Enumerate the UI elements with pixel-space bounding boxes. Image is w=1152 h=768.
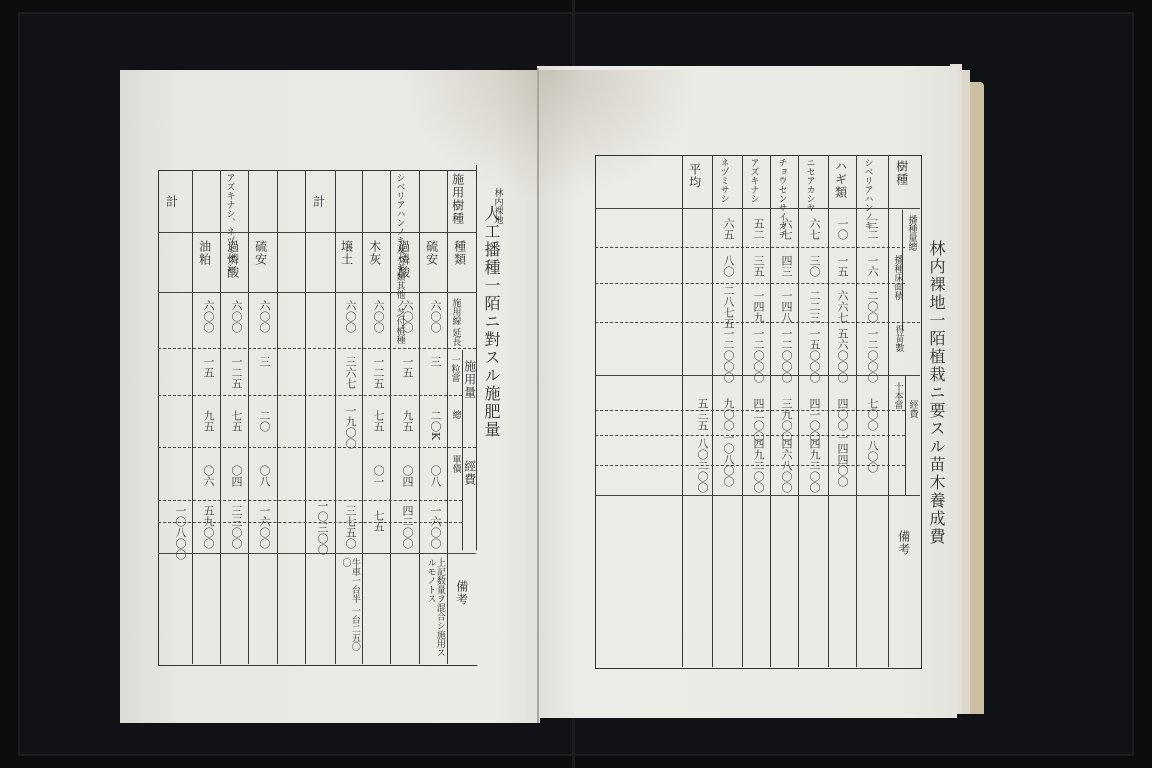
fertilizer-name: 壌土 (340, 240, 353, 266)
cell: 三 (427, 356, 443, 367)
remarks-header: 備考 (455, 580, 468, 606)
cell: 四三 (778, 255, 794, 277)
total-header: 總 (450, 410, 459, 419)
cell: 一五 (834, 255, 850, 277)
total-label: 計 (312, 195, 325, 208)
cell: 一二〇〇〇 (720, 328, 736, 383)
fertilizer-name: 過燐酸 (397, 240, 410, 279)
cell: 六〇〇 (256, 300, 272, 333)
species-name: ネヅミサシ (718, 158, 727, 203)
cell: 〇八 (256, 465, 272, 487)
cell: 九五 (200, 410, 216, 432)
left-page-title-prefix: 林内裸地 (492, 188, 501, 224)
cell: 四二〇〇 (750, 398, 766, 442)
total-label: 計 (165, 195, 178, 208)
cell: 六〇〇 (200, 300, 216, 333)
cell: 四〇〇 (834, 398, 850, 431)
kind-header: 種類 (453, 240, 466, 266)
remark: 牛車一台半 一台二五〇〇 (340, 558, 359, 658)
cost-header: 經費 (463, 460, 476, 486)
species-name: ハギ類 (834, 160, 847, 199)
seed-total-header: 播種量總 (906, 215, 915, 251)
cell: 八〇二〇〇 (694, 438, 710, 493)
cell: 一〇八〇〇 (720, 432, 736, 487)
cell: 一二〇〇〇 (750, 328, 766, 383)
book-gutter (537, 68, 539, 723)
cell: 六〇〇 (370, 300, 386, 333)
cell: 六七 (806, 218, 822, 240)
cell: 三二 (864, 218, 880, 240)
cell: 一〇 (834, 218, 850, 240)
species-header: 施用樹種 (451, 173, 464, 225)
cell: 七五 (370, 410, 386, 432)
cell: 五三五 (694, 398, 710, 431)
amount-header: 施用量 (463, 360, 476, 399)
fertilizer-name: 油粕 (198, 240, 211, 266)
per-header: 一粒當 (449, 355, 458, 382)
cell: 八〇〇 (864, 440, 880, 473)
per10-header: 十本當 (892, 382, 901, 409)
species-name: アズキナシ (748, 158, 757, 203)
cell: 一四四〇〇 (834, 432, 850, 487)
cell: 〇四 (399, 465, 415, 487)
cell: 一五 (200, 356, 216, 378)
unit-price-header: 單價 (450, 455, 459, 473)
yield-header: 得苗數 (893, 325, 902, 352)
cell: 二二三 (806, 290, 822, 323)
right-page-title: 林内裸地一陌植栽ニ要スル苗木養成費 (925, 240, 948, 546)
cell: 七五 (370, 510, 386, 532)
fertilizer-name: 木灰 (368, 240, 381, 266)
cell: 五六〇〇〇 (834, 328, 850, 383)
remarks-header: 備考 (897, 530, 910, 556)
area-header: 播種床面積 (892, 255, 901, 300)
fertilizer-name: 硫安 (254, 240, 267, 266)
cell: 八〇 (720, 255, 736, 277)
cell: 〇四 (228, 465, 244, 487)
page-stack-edge (968, 82, 984, 714)
cell: 三六七 (342, 356, 358, 389)
cell: 五二 (750, 218, 766, 240)
cell: 〇八 (427, 465, 443, 487)
left-page-title: 人工播種一陌ニ對スル施肥量 (480, 205, 503, 439)
cell: 三三〇〇 (228, 505, 244, 549)
cell: 二〇 (256, 410, 272, 432)
species-header: 樹種 (895, 160, 908, 186)
cell: 四九二〇〇 (750, 438, 766, 493)
cell: 六六七 (834, 290, 850, 323)
cell: 二八七五 (720, 285, 736, 329)
cell: 六七 (778, 218, 794, 240)
cell: 九五 (399, 410, 415, 432)
cell: 四二〇〇 (399, 505, 415, 549)
cell: 一六 (864, 255, 880, 277)
cell: 九〇〇 (720, 398, 736, 431)
cell: 一二五 (228, 356, 244, 389)
cell: 一五 (399, 356, 415, 378)
cell: 三五 (750, 255, 766, 277)
cell: 三 (256, 356, 272, 367)
cell: 六〇〇 (342, 300, 358, 333)
cell: 一五〇〇〇 (806, 328, 822, 383)
cell: 一六〇〇 (427, 505, 443, 549)
species-name: ニセアカシヤ (804, 158, 813, 212)
cell: 七五 (228, 410, 244, 432)
cell: 一二〇〇〇 (778, 328, 794, 383)
cell: 六〇〇 (228, 300, 244, 333)
cell: 二〇〇 (864, 290, 880, 323)
cell: 六〇〇 (427, 300, 443, 333)
cell: 三〇 (806, 255, 822, 277)
cell: 〇六 (200, 465, 216, 487)
species-name: 平均 (688, 163, 701, 189)
cell: 一四九 (750, 290, 766, 323)
cell: 一六〇〇 (256, 505, 272, 549)
cell: 七〇〇 (864, 398, 880, 431)
cost-header: 經費 (907, 400, 916, 418)
cell: 三七五〇 (342, 505, 358, 549)
cell: 一〇八〇〇 (172, 505, 188, 560)
cell: 六五 (720, 218, 736, 240)
cell: 〇一 (370, 465, 386, 487)
fertilizer-name: 硫安 (425, 240, 438, 266)
cell: 五九〇〇 (200, 505, 216, 549)
fertilizer-name: 過燐酸 (226, 240, 239, 279)
fert-rate-header: 施用線 延長 (450, 298, 459, 346)
cell: 一九〇〇 (342, 405, 358, 449)
cell: 六〇〇 (399, 300, 415, 333)
cell: 四六八〇〇 (778, 438, 794, 493)
cell: 二〇K (427, 410, 443, 440)
cell: 一二〇〇〇 (864, 328, 880, 383)
remark: 上記数量ヲ混合シ施用スルモノトス (425, 558, 444, 658)
cell: 一四八 (778, 290, 794, 323)
cell: 三九〇〇 (778, 398, 794, 442)
cell: 一〇三〇〇 (314, 500, 330, 555)
cell: 一二五 (370, 356, 386, 389)
cell: 四一〇〇 (806, 398, 822, 442)
cell: 四九二〇〇 (806, 438, 822, 493)
